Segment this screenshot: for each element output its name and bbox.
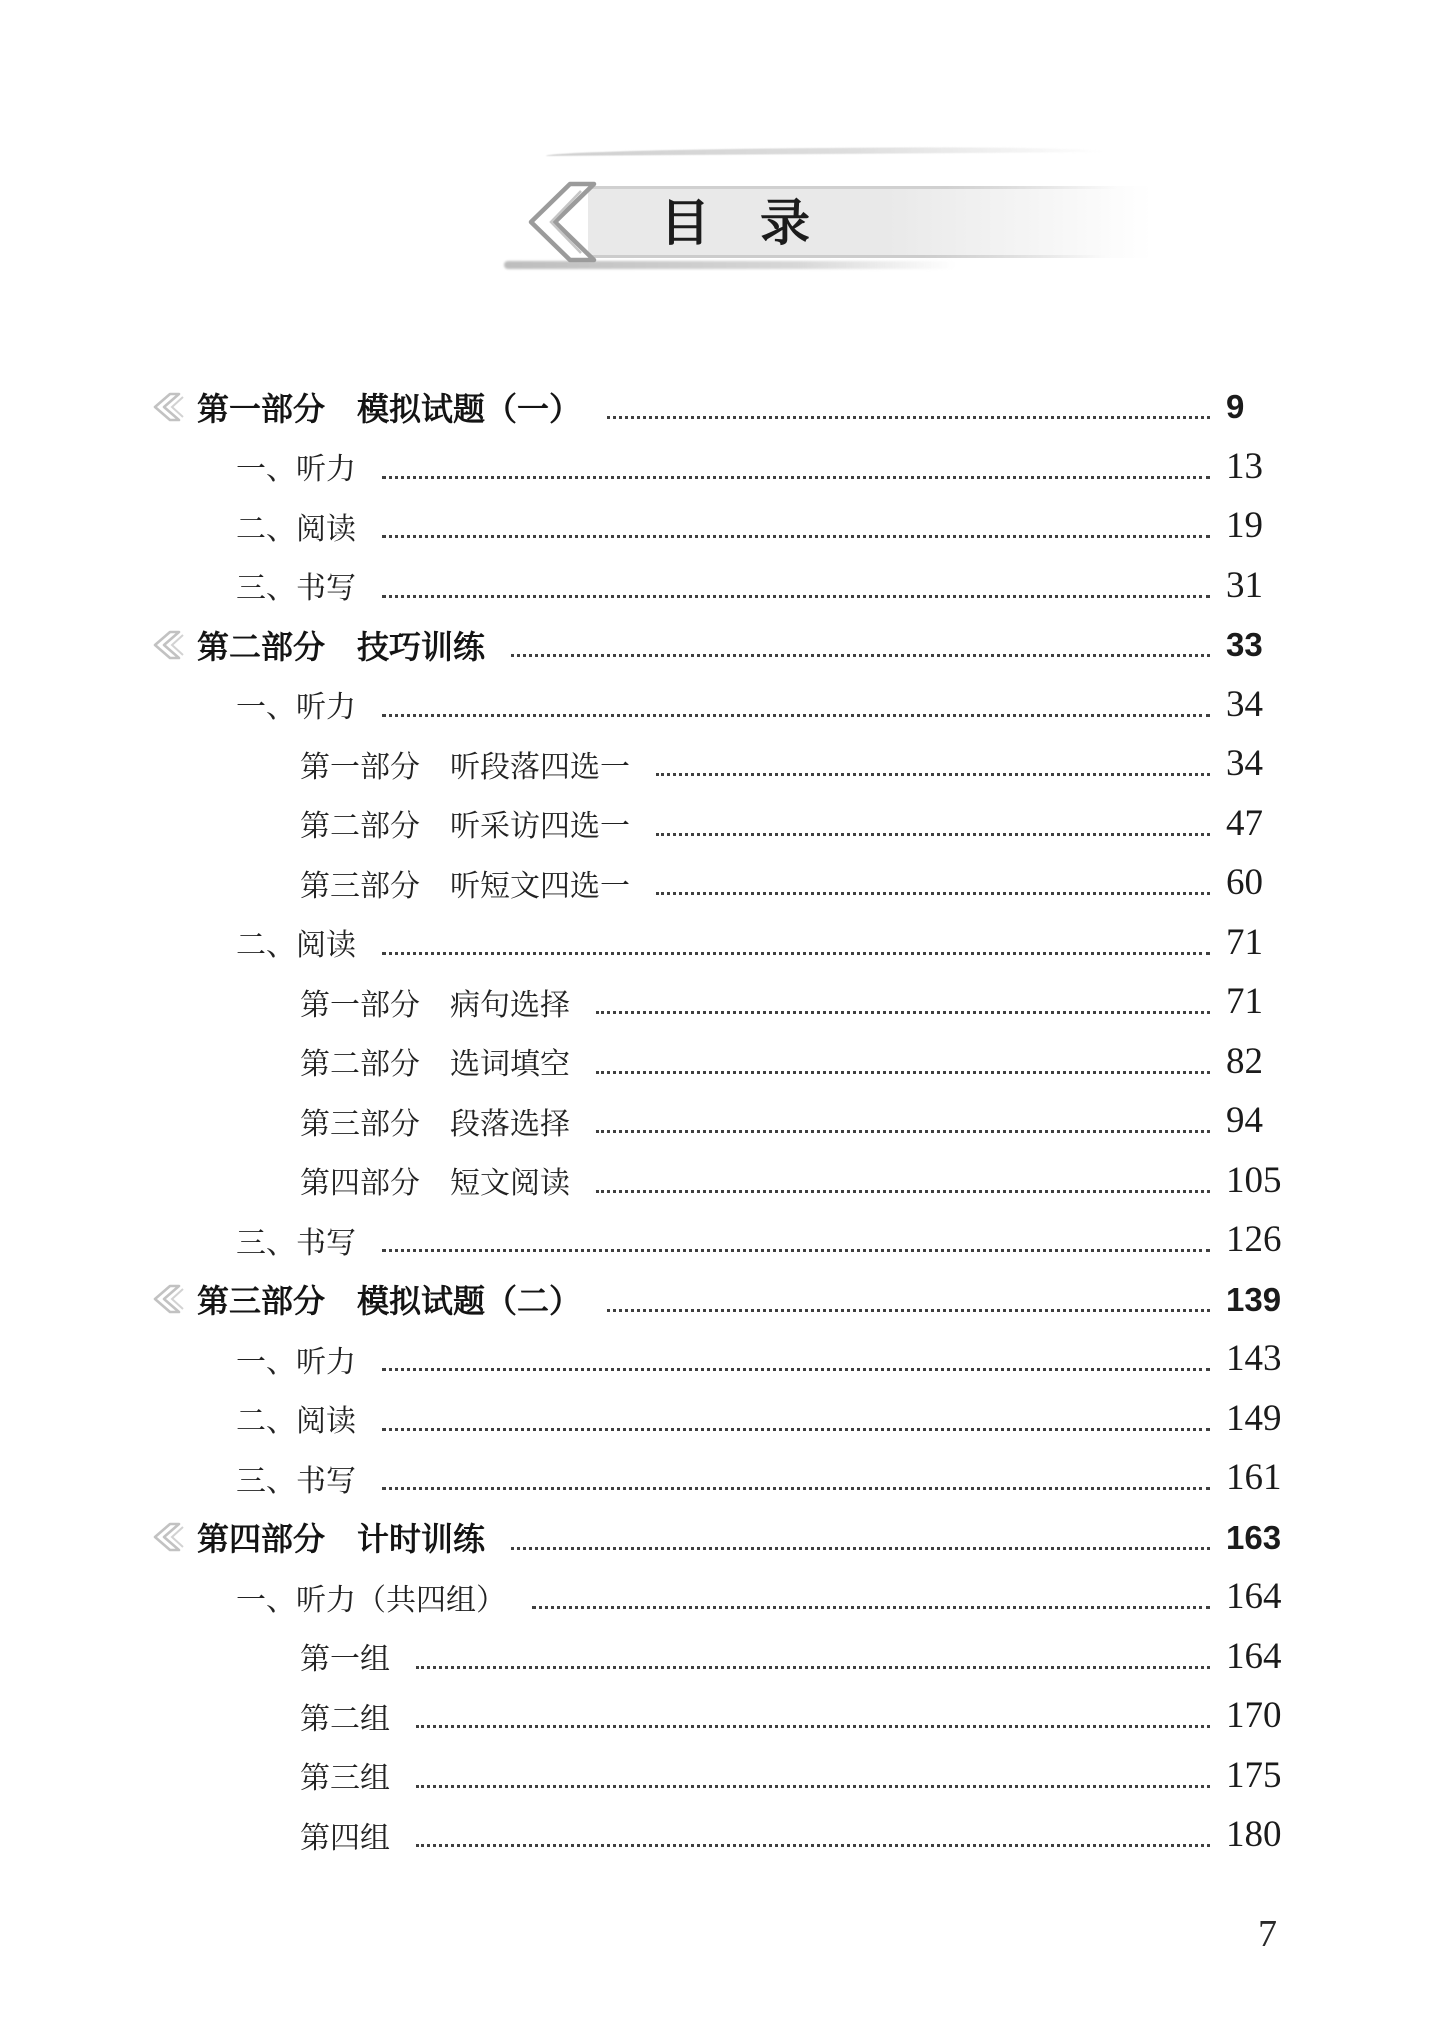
toc-entry-label: 第二部分 技巧训练 — [197, 622, 485, 668]
section-chevron-icon — [150, 391, 188, 423]
toc-entry: 第二部分 听采访四选一 47 — [150, 794, 1288, 854]
dotted-leader — [382, 1487, 1210, 1490]
toc-entry-label: 第一部分 听段落四选一 — [300, 742, 630, 786]
toc-entry-page: 9 — [1226, 390, 1288, 423]
toc-entry: 二、阅读 149 — [150, 1389, 1288, 1449]
toc-entry-page: 47 — [1226, 805, 1288, 842]
toc-entry: 三、书写 31 — [150, 556, 1288, 616]
toc-entry-label: 第三部分 听短文四选一 — [300, 861, 630, 905]
toc-entry-label: 三、书写 — [236, 1456, 356, 1500]
dotted-leader — [382, 952, 1210, 955]
toc-entry: 第四部分 短文阅读 105 — [150, 1151, 1288, 1211]
dotted-leader — [596, 1011, 1210, 1014]
toc-entry-label: 二、阅读 — [236, 920, 356, 964]
toc-entry-page: 60 — [1226, 864, 1288, 901]
dotted-leader — [607, 1309, 1210, 1312]
dotted-leader — [511, 1547, 1210, 1550]
toc-entry-page: 164 — [1226, 1578, 1288, 1615]
toc-entry-page: 126 — [1226, 1221, 1288, 1258]
toc-entry-label: 第四部分 计时训练 — [197, 1514, 485, 1560]
dotted-leader — [416, 1785, 1210, 1788]
toc-entry: 二、阅读 19 — [150, 496, 1288, 556]
toc-entry-label: 第三部分 段落选择 — [300, 1099, 570, 1143]
toc-entry: 三、书写 161 — [150, 1448, 1288, 1508]
dotted-leader — [596, 1130, 1210, 1133]
dotted-leader — [382, 535, 1210, 538]
toc-entry: 一、听力 34 — [150, 675, 1288, 735]
toc-entry-label: 第三组 — [300, 1753, 390, 1797]
dotted-leader — [656, 892, 1210, 895]
toc-entry-page: 19 — [1226, 507, 1288, 544]
toc-entry-label: 三、书写 — [236, 1218, 356, 1262]
toc-entry-page: 139 — [1226, 1283, 1288, 1316]
dotted-leader — [532, 1606, 1210, 1609]
toc-entry-page: 149 — [1226, 1400, 1288, 1437]
toc-entry: 第三部分 模拟试题（二） 139 — [150, 1270, 1288, 1330]
dotted-leader — [382, 476, 1210, 479]
dotted-leader — [596, 1071, 1210, 1074]
toc-entry-page: 143 — [1226, 1340, 1288, 1377]
table-of-contents: 第一部分 模拟试题（一） 9 一、听力 13 二、阅读 19 三、书写 31 — [150, 377, 1288, 1865]
toc-entry-label: 一、听力 — [236, 682, 356, 726]
folio-page-number: 7 — [1258, 1912, 1277, 1956]
toc-entry-label: 一、听力（共四组） — [236, 1575, 506, 1619]
toc-entry-page: 31 — [1226, 567, 1288, 604]
toc-entry-page: 34 — [1226, 745, 1288, 782]
dotted-leader — [416, 1844, 1210, 1847]
toc-entry: 一、听力 143 — [150, 1329, 1288, 1389]
toc-entry-page: 94 — [1226, 1102, 1288, 1139]
toc-entry-page: 164 — [1226, 1638, 1288, 1675]
toc-entry-label: 二、阅读 — [236, 504, 356, 548]
toc-entry-label: 第三部分 模拟试题（二） — [197, 1276, 581, 1322]
dotted-leader — [382, 595, 1210, 598]
toc-entry-page: 71 — [1226, 983, 1288, 1020]
toc-entry-label: 第二部分 听采访四选一 — [300, 801, 630, 845]
toc-entry-label: 一、听力 — [236, 444, 356, 488]
toc-entry-label: 三、书写 — [236, 563, 356, 607]
toc-entry-label: 第一组 — [300, 1634, 390, 1678]
section-chevron-icon — [150, 1283, 188, 1315]
toc-page: 目 录 第一部分 模拟试题（一） 9 一、听力 13 二、阅读 19 三、 — [0, 0, 1454, 2044]
toc-entry-label: 第一部分 模拟试题（一） — [197, 384, 581, 430]
toc-entry: 第一部分 模拟试题（一） 9 — [150, 377, 1288, 437]
toc-entry: 第二部分 选词填空 82 — [150, 1032, 1288, 1092]
toc-entry-page: 175 — [1226, 1757, 1288, 1794]
toc-entry-page: 33 — [1226, 628, 1288, 661]
dotted-leader — [416, 1725, 1210, 1728]
toc-entry: 一、听力 13 — [150, 437, 1288, 497]
toc-entry-page: 180 — [1226, 1816, 1288, 1853]
toc-entry: 一、听力（共四组） 164 — [150, 1567, 1288, 1627]
toc-entry-label: 第二组 — [300, 1694, 390, 1738]
banner-chevron-icon — [524, 180, 606, 264]
section-chevron-icon — [150, 1521, 188, 1553]
dotted-leader — [511, 654, 1210, 657]
toc-entry-page: 161 — [1226, 1459, 1288, 1496]
dotted-leader — [382, 714, 1210, 717]
toc-entry: 第二组 170 — [150, 1686, 1288, 1746]
dotted-leader — [656, 833, 1210, 836]
toc-entry-page: 170 — [1226, 1697, 1288, 1734]
title-banner: 目 录 — [518, 186, 1164, 258]
toc-entry: 第三部分 段落选择 94 — [150, 1091, 1288, 1151]
toc-entry-page: 163 — [1226, 1521, 1288, 1554]
dotted-leader — [382, 1249, 1210, 1252]
toc-entry-page: 13 — [1226, 448, 1288, 485]
toc-entry-page: 82 — [1226, 1043, 1288, 1080]
toc-entry-label: 二、阅读 — [236, 1396, 356, 1440]
section-chevron-icon — [150, 629, 188, 661]
banner-swoosh-line — [546, 146, 1106, 156]
toc-entry-label: 第一部分 病句选择 — [300, 980, 570, 1024]
toc-entry-label: 第二部分 选词填空 — [300, 1039, 570, 1083]
dotted-leader — [416, 1666, 1210, 1669]
toc-entry: 二、阅读 71 — [150, 913, 1288, 973]
dotted-leader — [596, 1190, 1210, 1193]
toc-entry-page: 71 — [1226, 924, 1288, 961]
toc-entry-label: 第四部分 短文阅读 — [300, 1158, 570, 1202]
toc-entry: 第一部分 听段落四选一 34 — [150, 734, 1288, 794]
dotted-leader — [607, 416, 1210, 419]
toc-entry-label: 一、听力 — [236, 1337, 356, 1381]
toc-entry: 第三部分 听短文四选一 60 — [150, 853, 1288, 913]
page-title: 目 录 — [660, 186, 810, 258]
dotted-leader — [382, 1428, 1210, 1431]
toc-entry: 第一组 164 — [150, 1627, 1288, 1687]
dotted-leader — [656, 773, 1210, 776]
toc-entry-label: 第四组 — [300, 1813, 390, 1857]
toc-entry-page: 105 — [1226, 1162, 1288, 1199]
toc-entry: 第四组 180 — [150, 1805, 1288, 1865]
toc-entry: 三、书写 126 — [150, 1210, 1288, 1270]
toc-entry: 第四部分 计时训练 163 — [150, 1508, 1288, 1568]
toc-entry: 第二部分 技巧训练 33 — [150, 615, 1288, 675]
toc-entry-page: 34 — [1226, 686, 1288, 723]
toc-entry: 第一部分 病句选择 71 — [150, 972, 1288, 1032]
dotted-leader — [382, 1368, 1210, 1371]
toc-entry: 第三组 175 — [150, 1746, 1288, 1806]
